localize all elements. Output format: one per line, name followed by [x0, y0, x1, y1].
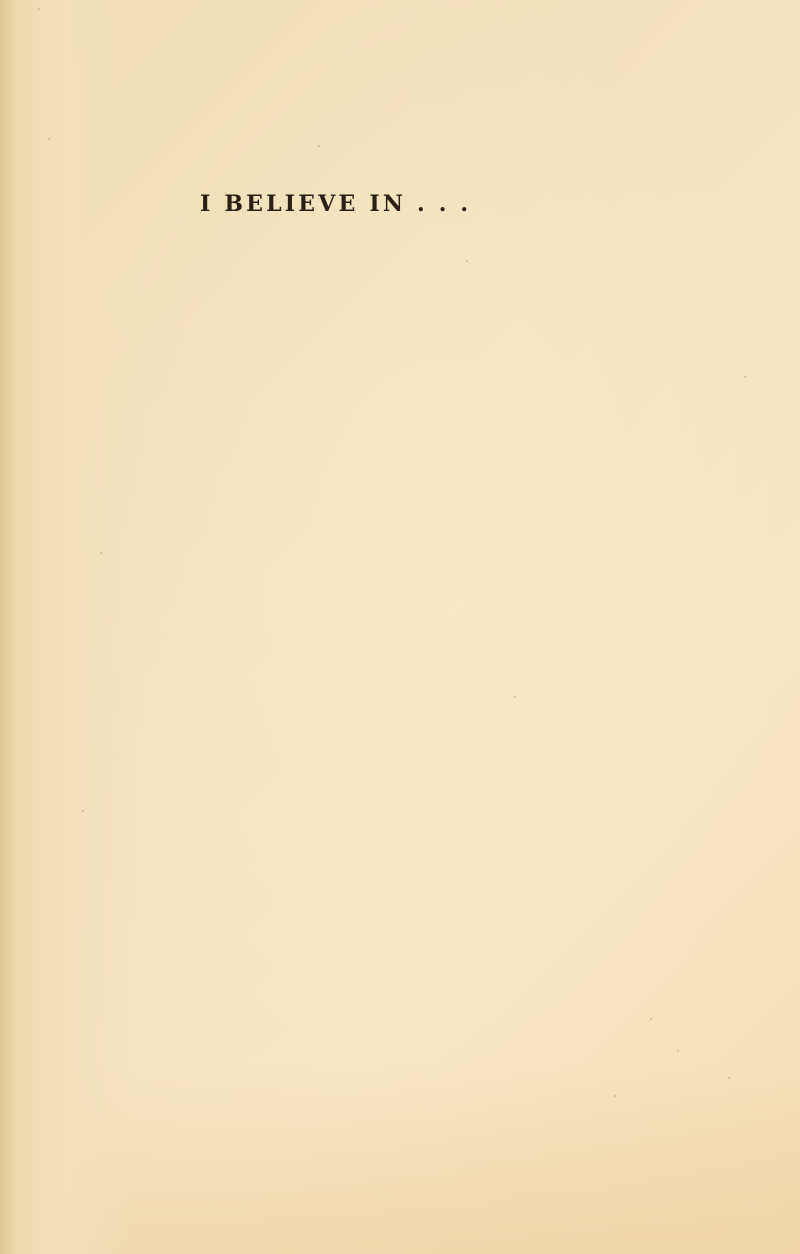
- paper-speck: [677, 1050, 679, 1052]
- paper-speck: [514, 696, 516, 698]
- paper-speck: [100, 552, 102, 554]
- paper-speck: [318, 145, 320, 147]
- book-page: I BELIEVE IN . . .: [0, 0, 800, 1254]
- spine-shadow: [0, 0, 14, 1254]
- paper-speck: [466, 260, 468, 262]
- half-title: I BELIEVE IN . . .: [200, 191, 471, 217]
- paper-speck: [82, 810, 84, 812]
- paper-speck: [744, 376, 746, 378]
- paper-speck: [728, 1077, 730, 1079]
- paper-speck: [48, 138, 50, 140]
- paper-speck: [650, 1018, 652, 1020]
- paper-speck: [38, 8, 40, 10]
- paper-speck: [614, 1095, 616, 1097]
